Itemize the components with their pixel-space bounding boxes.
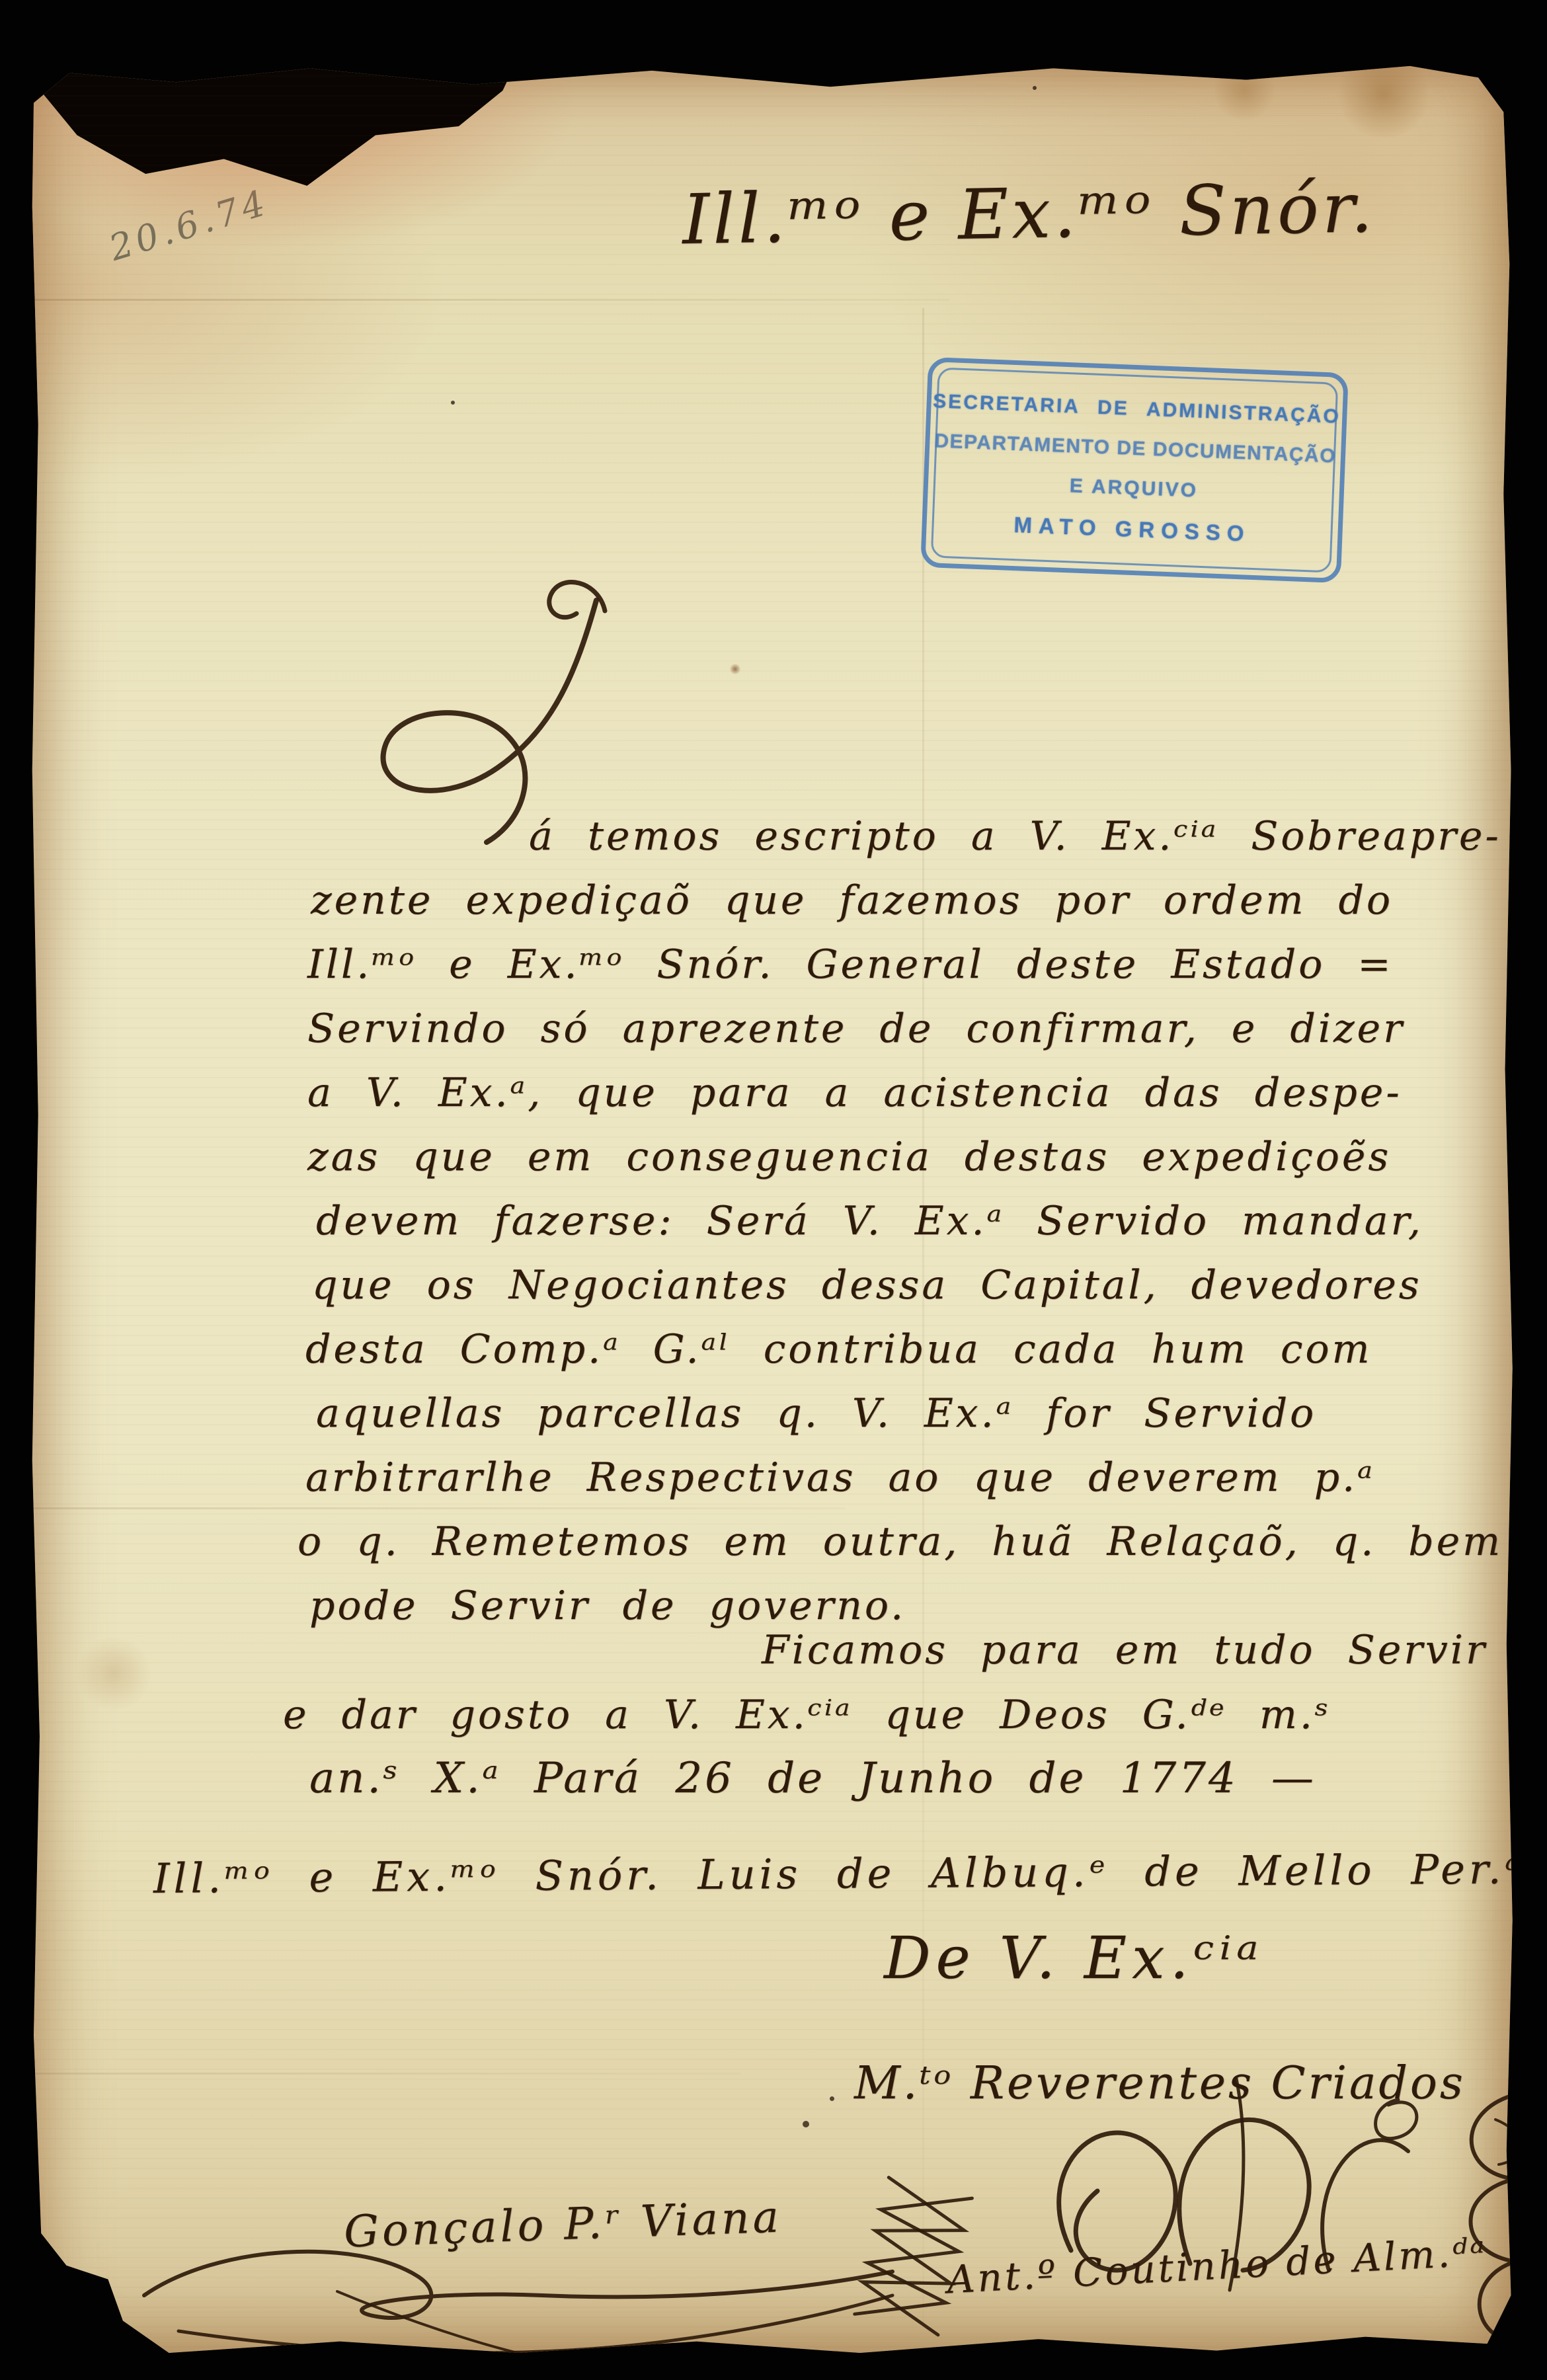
ink-speck: [1033, 86, 1037, 90]
body-line: zente expediçaõ que fazemos por ordem do: [311, 881, 1393, 920]
ink-speck: [830, 2096, 834, 2101]
archive-stamp-inner-border: SECRETARIA DE ADMINISTRAÇÃO DEPARTAMENTO…: [931, 367, 1339, 573]
rust-spot: [730, 664, 740, 674]
ink-speck: [451, 401, 455, 405]
foxing-spot: [74, 1637, 153, 1710]
stamp-line-mato-grosso: MATO GROSSO: [1013, 512, 1251, 547]
closing-line: e dar gosto a V. Ex.ᶜⁱᵃ que Deos G.ᵈᵉ m.…: [283, 1695, 1331, 1735]
body-line: Servindo só aprezente de confirmar, e di…: [307, 1009, 1405, 1049]
body-line: arbitrarlhe Respectivas ao que deverem p…: [305, 1458, 1375, 1497]
scanned-letter-page: respond 20.6.74 Ill.ᵐᵒ e Ex.ᵐᵒ Snór. SEC…: [0, 0, 1547, 2380]
pencil-date-note: 20.6.74: [106, 184, 273, 266]
body-line: aquellas parcellas q. V. Ex.ᵃ for Servid…: [316, 1394, 1316, 1433]
signature-left-underline-flourish: [139, 2232, 899, 2377]
signature-right-edge-curls: [1416, 2080, 1542, 2364]
salutation-heading: Ill.ᵐᵒ e Ex.ᵐᵒ Snór.: [682, 173, 1376, 254]
body-line: desta Comp.ᵃ G.ᵃˡ contribua cada hum com: [305, 1329, 1372, 1369]
body-line: pode Servir de governo.: [309, 1586, 906, 1626]
closing-line: Ficamos para em tudo Servir: [762, 1630, 1487, 1670]
addressee-line: Ill.ᵐᵒ e Ex.ᵐᵒ Snór. Luis de Albuq.ᵉ de …: [153, 1846, 1547, 1899]
ink-speck: [803, 2121, 809, 2127]
body-line: zas que em conseguencia destas expediçoẽ…: [307, 1137, 1391, 1177]
stamp-line-secretaria: SECRETARIA DE ADMINISTRAÇÃO: [933, 390, 1341, 428]
fold-crease: [28, 2073, 741, 2075]
fold-crease: [28, 299, 949, 301]
valediction-de-v-excia: De V. Ex.ᶜⁱᵃ: [884, 1929, 1263, 1987]
paper-sheet: respond 20.6.74 Ill.ᵐᵒ e Ex.ᵐᵒ Snór. SEC…: [28, 57, 1514, 2358]
body-line: devem fazerse: Será V. Ex.ᵃ Servido mand…: [316, 1201, 1423, 1241]
closing-dateline: an.ˢ X.ᵃ Pará 26 de Junho de 1774 —: [309, 1757, 1316, 1800]
fold-crease-vertical: [922, 308, 924, 2324]
stamp-line-departamento: DEPARTAMENTO DE DOCUMENTAÇÃO: [934, 430, 1337, 467]
body-line: que os Negociantes dessa Capital, devedo…: [312, 1265, 1422, 1305]
body-line: Ill.ᵐᵒ e Ex.ᵐᵒ Snór. General deste Estad…: [307, 945, 1394, 984]
fold-crease: [28, 1507, 845, 1509]
body-line: a V. Ex.ᵃ, que para a acistencia das des…: [307, 1073, 1402, 1113]
stamp-line-arquivo: E ARQUIVO: [1069, 475, 1198, 502]
body-line: o q. Remetemos em outra, huã Relaçaõ, q.…: [297, 1522, 1503, 1562]
burn-mark: [33, 49, 522, 198]
body-line: á temos escripto a V. Ex.ᶜⁱᵃ Sobreapre-: [529, 816, 1501, 856]
ink-speck: [988, 66, 994, 72]
archive-stamp: SECRETARIA DE ADMINISTRAÇÃO DEPARTAMENTO…: [920, 357, 1349, 583]
paper-stain: [1211, 61, 1277, 120]
paper-stain: [1334, 52, 1433, 138]
